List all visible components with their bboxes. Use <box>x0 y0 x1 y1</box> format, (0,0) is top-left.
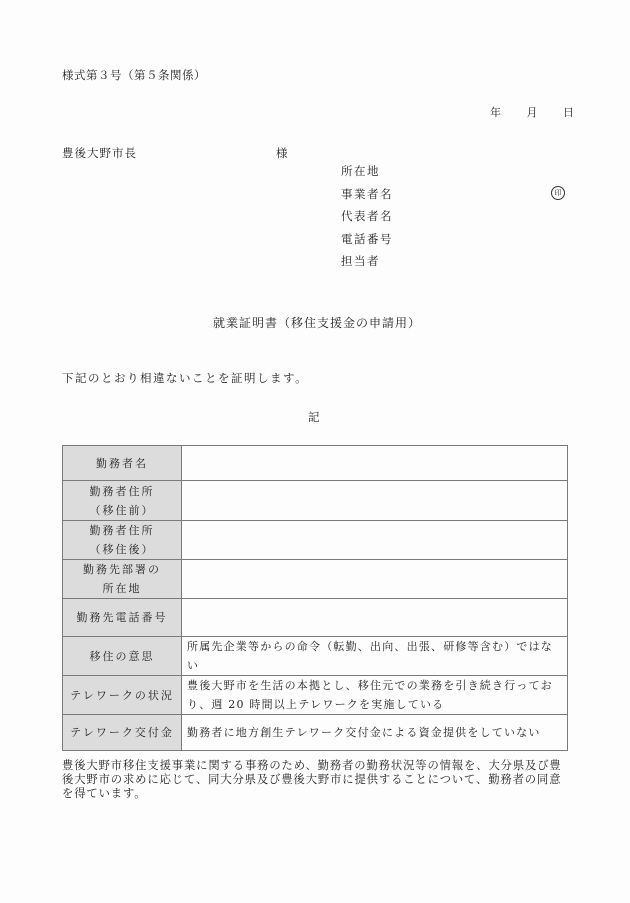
applicant-address-label: 所在地 <box>341 164 393 187</box>
label-line: 勤務者住所 <box>65 482 179 501</box>
value-line: 所属先企業等からの命令（転勤、出向、出張、研修等含む）ではな <box>187 637 562 656</box>
row-label-department-location: 勤務先部署の 所在地 <box>63 560 182 599</box>
applicant-block: 所在地 事業者名 代表者名 電話番号 担当者 <box>341 164 393 277</box>
consent-statement: 豊後大野市移住支援事業に関する事務のため、勤務者の勤務状況等の情報を、大分県及び… <box>62 759 572 801</box>
date-day-label: 日 <box>563 104 574 120</box>
value-line: り、週 20 時間以上テレワークを実施している <box>187 695 562 714</box>
address-before-field[interactable] <box>182 481 568 521</box>
date-month-label: 月 <box>527 104 538 120</box>
worker-name-field[interactable] <box>182 446 568 481</box>
table-row: 勤務者名 <box>63 446 568 481</box>
row-label-telework-grant: テレワーク交付金 <box>63 715 182 751</box>
row-label-telework-status: テレワークの状況 <box>63 676 182 715</box>
value-line: 豊後大野市を生活の本拠とし、移住元での業務を引き続き行ってお <box>187 676 562 695</box>
value-line: い <box>187 656 562 675</box>
form-number: 様式第３号（第５条関係） <box>62 67 206 83</box>
applicant-representative-label: 代表者名 <box>341 209 393 232</box>
date-line: 年 月 日 <box>490 104 574 120</box>
applicant-contact-person-label: 担当者 <box>341 254 393 277</box>
label-line: 勤務者住所 <box>65 521 179 540</box>
label-line: 所在地 <box>65 579 179 598</box>
table-row: 移住の意思 所属先企業等からの命令（転勤、出向、出張、研修等含む）ではな い <box>63 637 568 676</box>
row-label-address-after: 勤務者住所 （移住後） <box>63 521 182 560</box>
workplace-phone-field[interactable] <box>182 599 568 637</box>
table-row: 勤務者住所 （移住後） <box>63 521 568 560</box>
table-row: テレワーク交付金 勤務者に地方創生テレワーク交付金による資金提供をしていない <box>63 715 568 751</box>
label-line: （移住前） <box>65 501 179 520</box>
table-row: 勤務先部署の 所在地 <box>63 560 568 599</box>
addressee: 豊後大野市長 <box>62 145 137 161</box>
employment-certificate-table: 勤務者名 勤務者住所 （移住前） 勤務者住所 （移住後） 勤務先部署の 所在地 … <box>62 445 568 751</box>
certification-statement: 下記のとおり相違ないことを証明します。 <box>62 370 308 386</box>
document-title: 就業証明書（移住支援金の申請用） <box>213 314 421 331</box>
applicant-business-name-label: 事業者名 <box>341 187 393 210</box>
date-year-label: 年 <box>490 104 501 120</box>
seal-icon: 印 <box>551 186 565 200</box>
ki-heading: 記 <box>308 409 320 425</box>
row-label-worker-name: 勤務者名 <box>63 446 182 481</box>
table-row: テレワークの状況 豊後大野市を生活の本拠とし、移住元での業務を引き続き行ってお … <box>63 676 568 715</box>
address-after-field[interactable] <box>182 521 568 560</box>
row-label-address-before: 勤務者住所 （移住前） <box>63 481 182 521</box>
telework-grant-value: 勤務者に地方創生テレワーク交付金による資金提供をしていない <box>182 715 568 751</box>
label-line: （移住後） <box>65 540 179 559</box>
row-label-workplace-phone: 勤務先電話番号 <box>63 599 182 637</box>
label-line: 勤務先部署の <box>65 560 179 579</box>
telework-status-value: 豊後大野市を生活の本拠とし、移住元での業務を引き続き行ってお り、週 20 時間… <box>182 676 568 715</box>
row-label-relocation-intent: 移住の意思 <box>63 637 182 676</box>
table-row: 勤務先電話番号 <box>63 599 568 637</box>
table-row: 勤務者住所 （移住前） <box>63 481 568 521</box>
relocation-intent-value: 所属先企業等からの命令（転勤、出向、出張、研修等含む）ではな い <box>182 637 568 676</box>
honorific: 様 <box>276 145 288 161</box>
applicant-phone-label: 電話番号 <box>341 232 393 255</box>
department-location-field[interactable] <box>182 560 568 599</box>
